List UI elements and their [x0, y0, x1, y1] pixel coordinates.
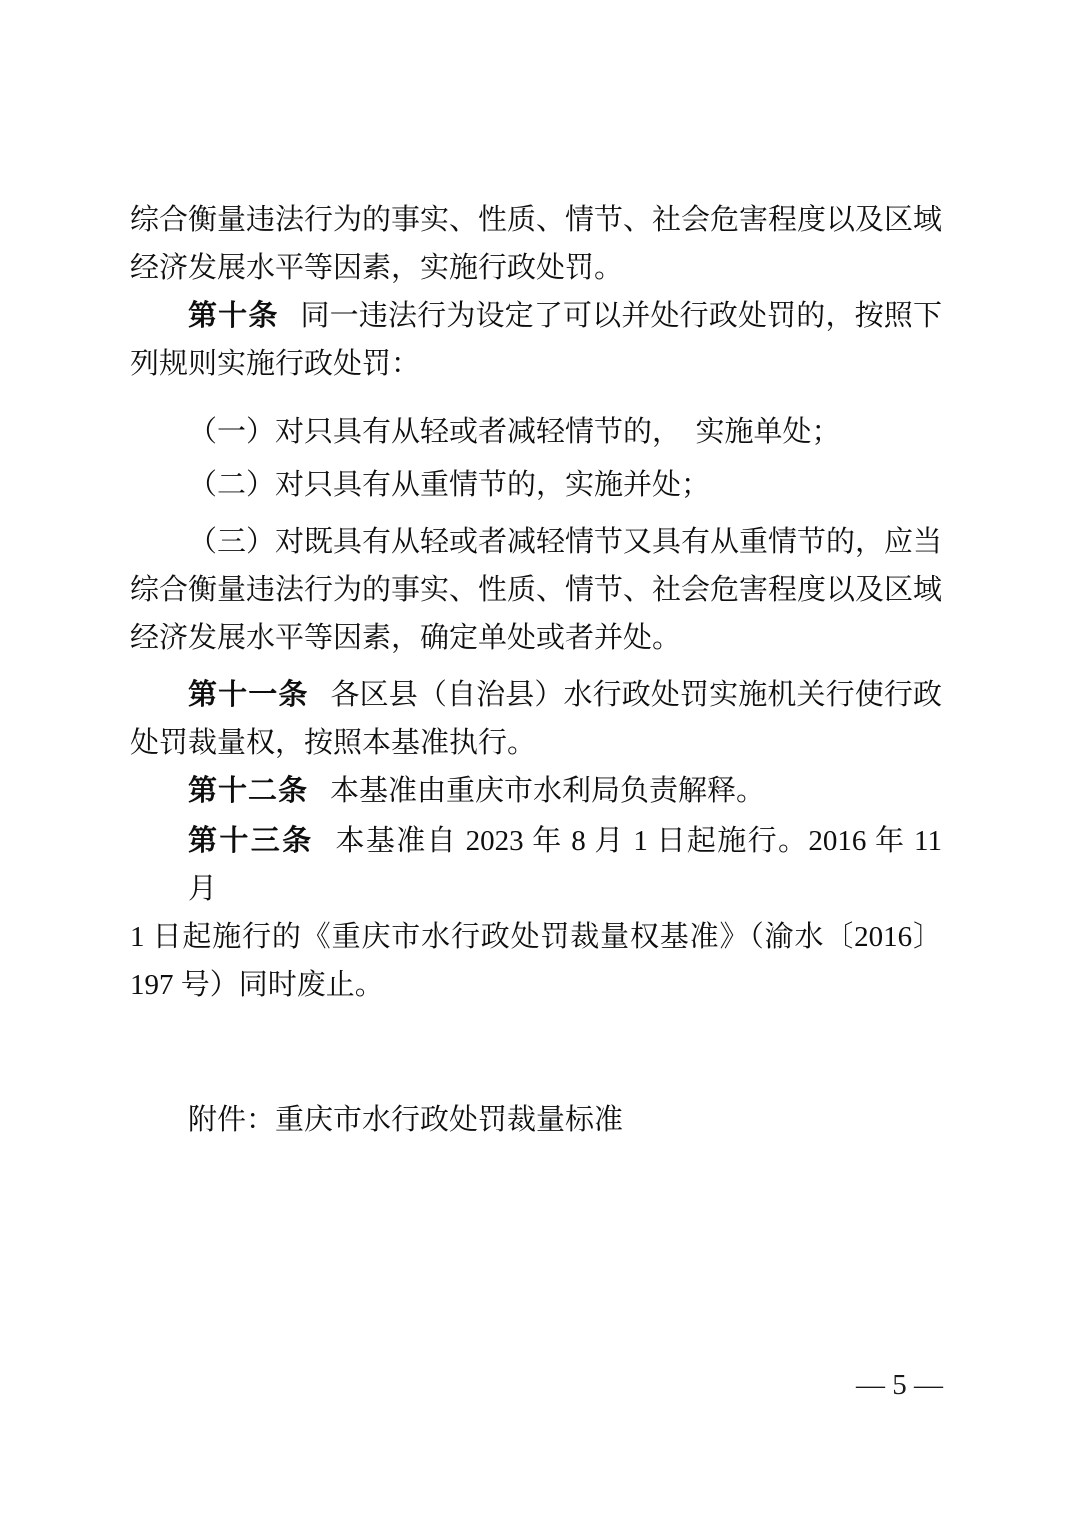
paragraph-item-1: （一）对只具有从轻或者减轻情节的， 实施单处；: [130, 408, 942, 456]
text-line: 197 号）同时废止。: [130, 961, 942, 1009]
text-line: 第十二条本基准由重庆市水利局负责解释。: [130, 767, 942, 815]
document-page: 综合衡量违法行为的事实、性质、情节、社会危害程度以及区域 经济发展水平等因素，实…: [0, 0, 1074, 1520]
article-13-label: 第十三条: [188, 825, 314, 857]
article-10-label: 第十条: [188, 300, 279, 332]
text-line: 第十一条各区县（自治县）水行政处罚实施机关行使行政: [130, 671, 942, 719]
text-line: （二）对只具有从重情节的，实施并处；: [130, 461, 942, 509]
paragraph-item-3: （三）对既具有从轻或者减轻情节又具有从重情节的，应当 综合衡量违法行为的事实、性…: [130, 518, 942, 662]
text-line: 1 日起施行的《重庆市水行政处罚裁量权基准》（渝水〔2016〕: [130, 913, 942, 961]
text-run: 本基准由重庆市水利局负责解释。: [330, 775, 765, 807]
text-line: 第十条同一违法行为设定了可以并处行政处罚的，按照下: [130, 292, 942, 340]
paragraph-article-12: 第十二条本基准由重庆市水利局负责解释。: [130, 767, 942, 815]
document-body: 综合衡量违法行为的事实、性质、情节、社会危害程度以及区域 经济发展水平等因素，实…: [130, 196, 942, 1144]
text-line: （三）对既具有从轻或者减轻情节又具有从重情节的，应当: [130, 518, 942, 566]
attachment-line: 附件：重庆市水行政处罚裁量标准: [130, 1096, 942, 1144]
text-line: 第十三条本基准自 2023 年 8 月 1 日起施行。2016 年 11 月: [130, 817, 942, 913]
paragraph-article-13: 第十三条本基准自 2023 年 8 月 1 日起施行。2016 年 11 月 1…: [130, 817, 942, 1009]
text-line: 列规则实施行政处罚：: [130, 340, 942, 388]
paragraph-article-11: 第十一条各区县（自治县）水行政处罚实施机关行使行政 处罚裁量权，按照本基准执行。: [130, 671, 942, 767]
paragraph-article-10: 第十条同一违法行为设定了可以并处行政处罚的，按照下 列规则实施行政处罚：: [130, 292, 942, 388]
text-run: 各区县（自治县）水行政处罚实施机关行使行政: [331, 679, 942, 711]
text-line: 经济发展水平等因素，确定单处或者并处。: [130, 614, 942, 662]
article-11-label: 第十一条: [188, 679, 309, 711]
text-line: （一）对只具有从轻或者减轻情节的， 实施单处；: [130, 408, 942, 456]
text-line: 综合衡量违法行为的事实、性质、情节、社会危害程度以及区域: [130, 566, 942, 614]
paragraph-attachment: 附件：重庆市水行政处罚裁量标准: [130, 1096, 942, 1144]
text-line: 经济发展水平等因素，实施行政处罚。: [130, 244, 942, 292]
page-number: — 5 —: [856, 1370, 943, 1400]
article-12-label: 第十二条: [188, 775, 308, 807]
text-line: 处罚裁量权，按照本基准执行。: [130, 719, 942, 767]
paragraph-continuation: 综合衡量违法行为的事实、性质、情节、社会危害程度以及区域 经济发展水平等因素，实…: [130, 196, 942, 292]
paragraph-item-2: （二）对只具有从重情节的，实施并处；: [130, 461, 942, 509]
text-run: 同一违法行为设定了可以并处行政处罚的，按照下: [301, 300, 942, 332]
text-line: 综合衡量违法行为的事实、性质、情节、社会危害程度以及区域: [130, 196, 942, 244]
